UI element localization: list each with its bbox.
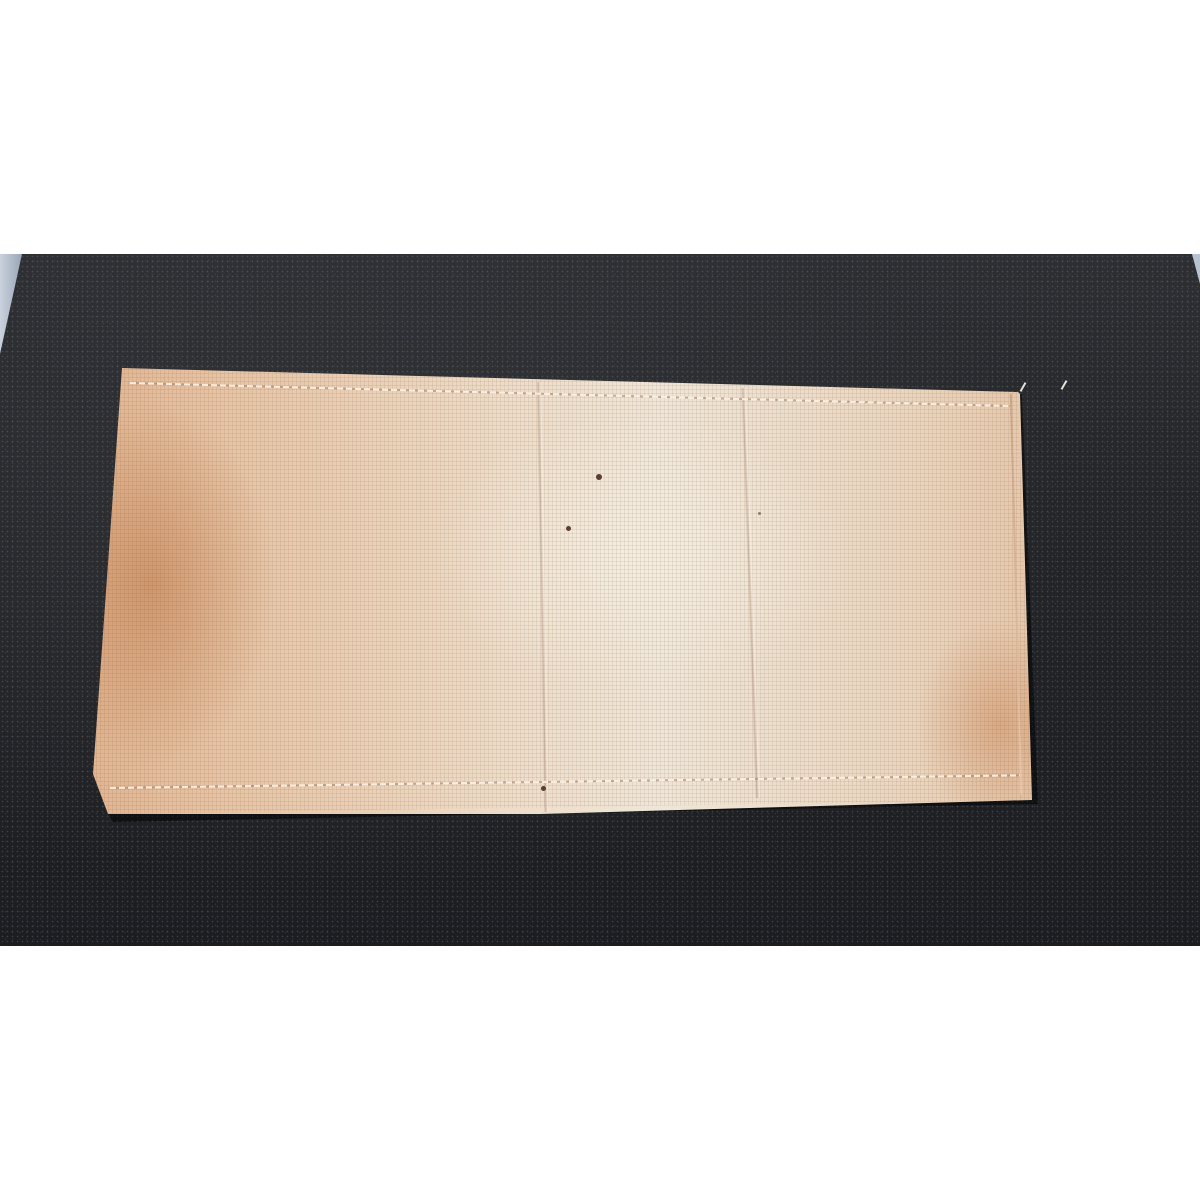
stain-dot — [758, 512, 761, 515]
stain-dot — [541, 786, 546, 791]
stain-dot — [596, 474, 602, 480]
photo-area — [0, 254, 1200, 946]
stain-dot — [566, 526, 571, 531]
